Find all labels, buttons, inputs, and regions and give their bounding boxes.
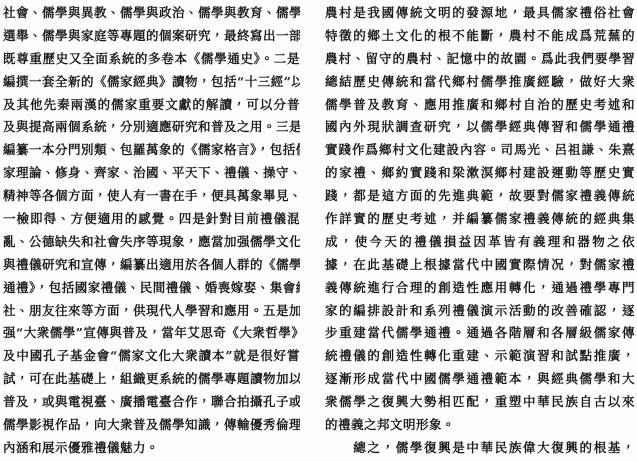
text-line: 普及，或與電視臺、廣播電臺合作，聯合拍攝孔子或 [3, 391, 300, 414]
text-line: 總結歷史傳統和當代鄉村儒學推廣經驗，做好大衆 [325, 71, 635, 94]
text-line: 試，可在此基礎上，組織更系統的儒學專題讀物加以 [3, 368, 300, 391]
text-line: 的家禮、鄉約實踐和梁漱溟鄉村建設運動等歷史實 [325, 162, 635, 185]
text-line: 農村是我國傳統文明的發源地，最具儒家禮俗社會 [325, 2, 635, 25]
text-line: 及中國孔子基金會“儒家文化大衆讀本”就是很好嘗 [3, 345, 300, 368]
text-line: 亂、公德缺失和社會失序等現象，應當加强儒學文化 [3, 231, 300, 254]
text-line: 總之，儒學復興是中華民族偉大復興的根基， [325, 437, 635, 460]
text-line: 特徵的鄉土文化的根不能斷，農村不能成爲荒蕪的 [325, 25, 635, 48]
text-line: 及其他先秦兩漢的儒家重要文獻的解讀，可以分普 [3, 94, 300, 117]
text-line: 家理論、修身、齊家、治國、平天下、禮儀、操守、文明、 [3, 162, 300, 185]
book-page: 社會、儒學與異教、儒學與政治、儒學與教育、儒學與選舉、儒學與家庭等專題的個案研究… [0, 0, 637, 461]
text-line: 家的編排設計和系列禮儀演示活動的改善確認，逐 [325, 300, 635, 323]
text-line: 儒學普及教育、應用推廣和鄉村自治的歷史考述和 [325, 94, 635, 117]
right-text-column: 農村是我國傳統文明的發源地，最具儒家禮俗社會特徵的鄉土文化的根不能斷，農村不能成… [325, 2, 635, 460]
text-line: 社會、儒學與異教、儒學與政治、儒學與教育、儒學與 [3, 2, 300, 25]
text-line: 與禮儀研究和宣傳，編纂出適用於各個人群的《儒學 [3, 254, 300, 277]
text-line: 既尊重歷史又全面系統的多卷本《儒學通史》。二是 [3, 48, 300, 71]
text-line: 成，使今天的禮儀損益因革皆有義理和器物之依 [325, 231, 635, 254]
text-line: 作詳實的歷史考述，并編纂儒家禮義傳統的經典集 [325, 208, 635, 231]
text-line: 强“大衆儒學”宣傳與普及，當年艾思奇《大衆哲學》， [3, 322, 300, 345]
text-line: 精神等各個方面，使人有一書在手，便具萬象畢見、 [3, 185, 300, 208]
text-line: 義傳統進行合理的創造性應用轉化，通過禮學專門 [325, 277, 635, 300]
text-line: 據，在此基礎上根據當代中國實際情况，對儒家禮 [325, 254, 635, 277]
text-line: 儒學影視作品，向大衆普及儒學知識，傳輸優秀倫理 [3, 414, 300, 437]
text-line: 農村、留守的農村、記憶中的故園。爲此我們要學習 [325, 48, 635, 71]
text-line: 衆儒學之復興大勢相匹配，重塑中華民族自古以來 [325, 391, 635, 414]
text-line: 內涵和展示優雅禮儀魅力。 [3, 437, 300, 460]
text-line: 編纂一本分門別類、包羅萬象的《儒家格言》，包括儒 [3, 139, 300, 162]
text-line: 編撰一套全新的《儒家經典》讀物，包括“十三經”以 [3, 71, 300, 94]
text-line: 及與提高兩個系統，分別適應研究和普及之用。三是 [3, 116, 300, 139]
text-line: 通禮》，包括國家禮儀、民間禮儀、婚喪嫁娶、集會結 [3, 277, 300, 300]
text-line: 逐漸形成當代中國儒學通禮範本，與經典儒學和大 [325, 368, 635, 391]
text-line: 一檢即得、方便適用的感覺。四是針對目前禮儀混 [3, 208, 300, 231]
left-text-column: 社會、儒學與異教、儒學與政治、儒學與教育、儒學與選舉、儒學與家庭等專題的個案研究… [3, 2, 300, 460]
text-line: 選舉、儒學與家庭等專題的個案研究，最終寫出一部 [3, 25, 300, 48]
text-line: 實踐作爲鄉村文化建設內容。司馬光、呂祖謙、朱熹 [325, 139, 635, 162]
text-line: 統禮儀的創造性轉化重建、示範演習和試點推廣， [325, 345, 635, 368]
text-line: 步重建當代儒學通禮。通過各階層和各層級儒家傳 [325, 322, 635, 345]
text-line: 國內外現狀調查研究，以儒學經典傳習和儒學通禮 [325, 116, 635, 139]
text-line: 社、朋友往來等方面，供現代人學習和應用。五是加 [3, 300, 300, 323]
text-line: 踐，都是這方面的先進典範，故要對儒家禮義傳統 [325, 185, 635, 208]
text-line: 的禮義之邦文明形象。 [325, 414, 635, 437]
column-gutter [300, 2, 325, 459]
